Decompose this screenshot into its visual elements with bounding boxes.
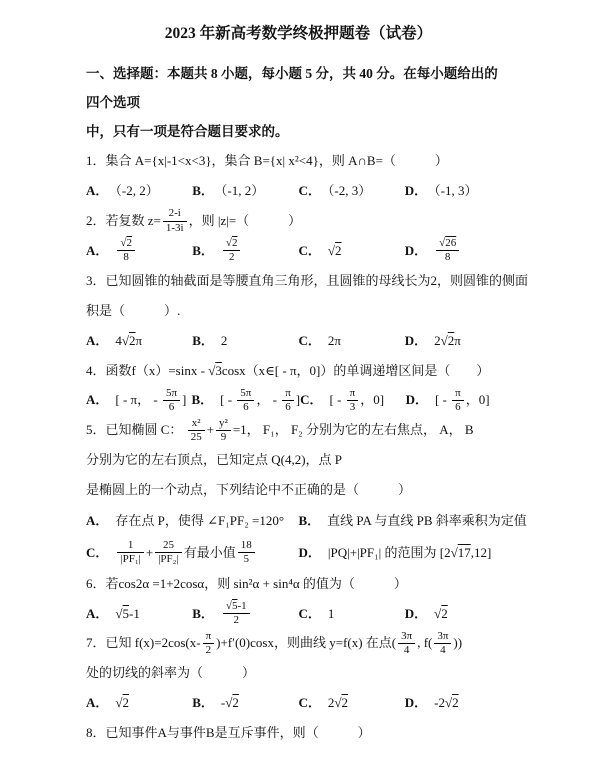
option-c: C．1	[299, 599, 405, 629]
option-a: A．（-2, 2）	[86, 176, 192, 206]
stem-text: 已知椭圆 C：	[106, 422, 186, 437]
fraction: √28	[117, 237, 135, 264]
fraction-numerator: y²	[216, 417, 231, 431]
option-a: A．4√2π	[86, 326, 192, 356]
fraction: π6	[452, 387, 464, 414]
fraction-numerator: √26	[436, 237, 459, 251]
stem-text: ))	[453, 635, 462, 650]
option-label: D．	[405, 606, 427, 621]
option-c: C．（-2, 3）	[299, 176, 405, 206]
fraction-numerator: π	[203, 630, 215, 644]
section-header-line1: 一、选择题：本题共 8 小题，每小题 5 分，共 40 分。在每小题给出的四个选…	[86, 59, 511, 117]
radical-icon: √	[451, 545, 458, 560]
fraction: y²9	[216, 417, 231, 444]
section-header-line2: 中，只有一项是符合题目要求的。	[86, 117, 511, 146]
option-label: C．	[86, 545, 108, 560]
fraction: x²25	[188, 417, 205, 444]
option-text: 有最小值	[184, 545, 236, 560]
stem-text: 函数f（x）=sinx -	[106, 363, 209, 378]
stem-text: =1， F₁， F₂ 分别为它的左右焦点， A， B	[233, 422, 474, 437]
fraction-denominator: 2	[203, 644, 215, 657]
fraction-numerator: √5-1	[223, 600, 250, 614]
fraction-numerator: 18	[238, 539, 255, 553]
fraction-denominator: 8	[436, 251, 459, 264]
fraction-numerator: 5π	[237, 387, 254, 401]
fraction-numerator: √2	[223, 237, 241, 251]
exam-page: 2023 年新高考数学终极押题卷（试卷） 一、选择题：本题共 8 小题，每小题 …	[0, 0, 597, 776]
option-label: A．	[86, 243, 108, 258]
fraction-denominator: 5	[238, 553, 255, 566]
question-5-stem-line3: 是椭圆上的一个动点，下列结论中不正确的是（ ）	[86, 475, 511, 505]
stem-text: 是椭圆上的一个动点，下列结论中不正确的是（ ）	[86, 482, 411, 497]
question-4-stem: 4．函数f（x）=sinx - √3cosx（x∈[ - π，0]）的单调递增区…	[86, 356, 511, 386]
fraction-denominator: 4	[434, 644, 451, 657]
question-6-stem: 6．若cos2α =1+2cosα，则 sin²α + sin⁴α 的值为（ ）	[86, 569, 511, 599]
option-b: B．2	[192, 326, 298, 356]
sqrt-expression: √2	[445, 695, 459, 710]
question-7-stem-line1: 7．已知 f(x)=2cos(x-π2)+f′(0)cosx，则曲线 y=f(x…	[86, 628, 511, 658]
question-3-options: A．4√2π B．2 C．2π D．2√2π	[86, 326, 511, 356]
option-text: [ -	[220, 392, 235, 407]
option-a: A．[ - π， - 5π6]	[86, 385, 191, 415]
fraction: 3π4	[434, 630, 451, 657]
question-number: 8．	[86, 725, 106, 740]
option-text: （-1, 3）	[434, 183, 477, 198]
option-c: C．1|PF₁|+25|PF₂|有最小值185	[86, 537, 299, 569]
fraction-denominator: |PF₁|	[117, 553, 143, 566]
fraction: √268	[436, 237, 459, 264]
stem-text: 积是（ ）.	[86, 303, 180, 318]
option-text: |PQ|+|PF₁| 的范围为 [2	[328, 545, 451, 560]
option-label: C．	[299, 606, 321, 621]
option-text: [ - π， -	[115, 392, 161, 407]
question-5-options-row1: A．存在点 P，使得 ∠F₁PF₂ =120° B．直线 PA 与直线 PB 斜…	[86, 505, 511, 537]
option-label: D．	[405, 243, 427, 258]
question-5-options-row2: C．1|PF₁|+25|PF₂|有最小值185 D．|PQ|+|PF₁| 的范围…	[86, 537, 511, 569]
question-number: 7．	[86, 635, 106, 650]
radicand: 2	[123, 695, 130, 710]
fraction-numerator: 25	[155, 539, 181, 553]
radicand: 2	[441, 606, 448, 621]
option-label: C．	[299, 243, 321, 258]
question-6-options: A．√5-1 B．√5-12 C．1 D．√2	[86, 599, 511, 629]
option-label: D．	[405, 695, 427, 710]
option-d: D．√268	[405, 236, 511, 266]
question-1-options: A．（-2, 2） B．（-1, 2） C．（-2, 3） D．（-1, 3）	[86, 176, 511, 206]
radical-icon: √	[334, 695, 341, 710]
question-5-stem-line2: 分别为它的左右顶点，已知定点 Q(4,2)，点 P	[86, 445, 511, 475]
page-title: 2023 年新高考数学终极押题卷（试卷）	[86, 22, 511, 45]
option-label: B．	[192, 606, 214, 621]
fraction-denominator: 2	[223, 251, 241, 264]
option-c: C．2√2	[299, 688, 405, 718]
option-text: （-2, 2）	[115, 183, 158, 198]
question-2-options: A．√28 B．√22 C．√2 D．√268	[86, 236, 511, 266]
option-a: A．√5-1	[86, 599, 192, 629]
fraction: 5π6	[163, 387, 180, 414]
fraction: π2	[203, 630, 215, 657]
fraction-denominator: 3	[347, 401, 359, 414]
question-5-stem-line1: 5．已知椭圆 C： x²25+y²9=1， F₁， F₂ 分别为它的左右焦点， …	[86, 415, 511, 445]
fraction: π3	[347, 387, 359, 414]
option-text: 2π	[328, 333, 341, 348]
fraction-numerator: π	[452, 387, 464, 401]
stem-text: , f(	[417, 635, 432, 650]
option-a: A．存在点 P，使得 ∠F₁PF₂ =120°	[86, 505, 299, 537]
option-text: π	[136, 333, 143, 348]
fraction: 3π4	[398, 630, 415, 657]
option-c: C．√2	[299, 236, 405, 266]
fraction: 5π6	[237, 387, 254, 414]
option-label: B．	[192, 695, 214, 710]
radical-icon: √	[328, 243, 335, 258]
fraction-numerator: π	[282, 387, 294, 401]
option-label: C．	[299, 695, 321, 710]
option-d: D．√2	[405, 599, 511, 629]
option-text: 直线 PA 与直线 PB 斜率乘积为定值	[327, 513, 527, 528]
sqrt-expression: √2	[122, 333, 136, 348]
radicand: 2	[232, 237, 238, 249]
option-b: B．-√2	[192, 688, 298, 718]
option-a: A．√28	[86, 236, 192, 266]
option-label: C．	[299, 183, 321, 198]
fraction: 1|PF₁|	[117, 539, 143, 566]
fraction-denominator: 2	[223, 614, 250, 627]
sqrt-expression: √5	[115, 606, 129, 621]
option-b: B．（-1, 2）	[192, 176, 298, 206]
sqrt-expression: √3	[208, 363, 222, 378]
option-a: A．√2	[86, 688, 192, 718]
question-number: 5．	[86, 422, 106, 437]
option-label: B．	[192, 183, 214, 198]
question-8-stem: 8．已知事件A与事件B是互斥事件，则（ ）	[86, 718, 511, 748]
option-d: D．2√2π	[405, 326, 511, 356]
numerator-text: -1	[237, 600, 246, 612]
option-text: π	[454, 333, 461, 348]
option-d: D．-2√2	[405, 688, 511, 718]
option-label: C．	[299, 333, 321, 348]
option-text: 存在点 P，使得 ∠F₁PF₂ =120°	[115, 513, 284, 528]
fraction-numerator: √2	[117, 237, 135, 251]
option-d: D．|PQ|+|PF₁| 的范围为 [2√17,12]	[299, 537, 512, 569]
fraction-numerator: 3π	[398, 630, 415, 644]
radicand: 2	[452, 695, 459, 710]
stem-text: 若cos2α =1+2cosα，则 sin²α + sin⁴α 的值为（ ）	[106, 576, 407, 591]
radicand: 26	[445, 237, 456, 249]
option-text: [ -	[330, 392, 345, 407]
fraction: 185	[238, 539, 255, 566]
option-text: （-1, 2）	[221, 183, 264, 198]
fraction-denominator: 6	[282, 401, 294, 414]
sqrt-expression: √17	[451, 545, 471, 560]
fraction-denominator: 6	[452, 401, 464, 414]
radicand: 2	[232, 695, 239, 710]
option-label: B．	[192, 243, 214, 258]
radicand: 2	[342, 695, 349, 710]
option-label: A．	[86, 183, 108, 198]
option-b: B．[ - 5π6， - π6]	[191, 385, 300, 415]
option-d: D．[ - π6，0]	[406, 385, 511, 415]
option-text: ，0]	[466, 392, 490, 407]
stem-text: 若复数 z=	[106, 213, 161, 228]
stem-text: 已知事件A与事件B是互斥事件，则（ ）	[106, 725, 371, 740]
fraction-denominator: 1-3i	[163, 222, 187, 235]
stem-text: 集合 A={x|-1<x<3}，集合 B={x| x²<4}，则 A∩B=（ ）	[106, 153, 448, 168]
option-text: ，0]	[360, 392, 384, 407]
radicand: 2	[335, 243, 342, 258]
fraction-numerator: 3π	[434, 630, 451, 644]
question-number: 3．	[86, 273, 106, 288]
stem-text: 已知 f(x)=2cos(x-	[106, 635, 201, 650]
stem-text: cosx（x∈[ - π，0]）的单调递增区间是（ ）	[222, 363, 490, 378]
sqrt-expression: √2	[115, 695, 129, 710]
stem-text: 分别为它的左右顶点，已知定点 Q(4,2)，点 P	[86, 452, 342, 467]
option-b: B．直线 PA 与直线 PB 斜率乘积为定值	[299, 505, 512, 537]
radical-icon: √	[115, 606, 122, 621]
option-label: D．	[405, 183, 427, 198]
option-label: A．	[86, 513, 108, 528]
option-b: B．√5-12	[192, 599, 298, 629]
question-7-options: A．√2 B．-√2 C．2√2 D．-2√2	[86, 688, 511, 718]
question-3-stem-line1: 3．已知圆锥的轴截面是等腰直角三角形，且圆锥的母线长为2，则圆锥的侧面	[86, 266, 511, 296]
option-label: B．	[191, 392, 213, 407]
fraction: √22	[223, 237, 241, 264]
fraction-denominator: 8	[117, 251, 135, 264]
option-b: B．√22	[192, 236, 298, 266]
question-number: 4．	[86, 363, 106, 378]
fraction: 25|PF₂|	[155, 539, 181, 566]
option-text: -2	[434, 695, 445, 710]
fraction: √5-12	[223, 600, 250, 627]
radicand: 17	[458, 545, 471, 560]
option-text: +	[146, 545, 153, 560]
sqrt-expression: √2	[441, 333, 455, 348]
question-1-stem: 1．集合 A={x|-1<x<3}，集合 B={x| x²<4}，则 A∩B=（…	[86, 146, 511, 176]
fraction-numerator: 1	[117, 539, 143, 553]
question-3-stem-line2: 积是（ ）.	[86, 296, 511, 326]
stem-text: 已知圆锥的轴截面是等腰直角三角形，且圆锥的母线长为2，则圆锥的侧面	[106, 273, 529, 288]
stem-text: )+f′(0)cosx，则曲线 y=f(x) 在点(	[216, 635, 396, 650]
option-text: -1	[129, 606, 140, 621]
fraction-denominator: 9	[216, 431, 231, 444]
option-text: （-2, 3）	[328, 183, 371, 198]
radicand: 2	[126, 237, 132, 249]
fraction-denominator: 6	[237, 401, 254, 414]
question-2-stem: 2．若复数 z=2-i1-3i，则 |z|=（ ）	[86, 206, 511, 236]
option-d: D．（-1, 3）	[405, 176, 511, 206]
option-label: B．	[299, 513, 321, 528]
option-c: C．[ - π3，0]	[300, 385, 405, 415]
option-text: 2	[221, 333, 228, 348]
option-text: [ -	[435, 392, 450, 407]
option-label: D．	[406, 392, 428, 407]
option-text: ,12]	[471, 545, 492, 560]
radical-icon: √	[441, 333, 448, 348]
sqrt-expression: √2	[334, 695, 348, 710]
question-number: 6．	[86, 576, 106, 591]
option-label: C．	[300, 392, 322, 407]
option-text: 1	[328, 606, 335, 621]
sqrt-expression: √2	[225, 695, 239, 710]
question-7-stem-line2: 处的切线的斜率为（ ）	[86, 658, 511, 688]
sqrt-expression: √2	[328, 243, 342, 258]
fraction-denominator: 4	[398, 644, 415, 657]
fraction-denominator: 25	[188, 431, 205, 444]
fraction-denominator: 6	[163, 401, 180, 414]
option-c: C．2π	[299, 326, 405, 356]
fraction-numerator: π	[347, 387, 359, 401]
option-label: A．	[86, 333, 108, 348]
option-label: A．	[86, 392, 108, 407]
fraction-numerator: 2-i	[163, 207, 187, 221]
option-label: B．	[192, 333, 214, 348]
question-4-options: A．[ - π， - 5π6] B．[ - 5π6， - π6] C．[ - π…	[86, 385, 511, 415]
question-number: 1．	[86, 153, 106, 168]
stem-text: +	[207, 422, 214, 437]
fraction-numerator: 5π	[163, 387, 180, 401]
sqrt-expression: √2	[434, 606, 448, 621]
stem-text: ，则 |z|=（ ）	[189, 213, 302, 228]
option-text: ， -	[256, 392, 280, 407]
fraction: π6	[282, 387, 294, 414]
fraction-denominator: |PF₂|	[155, 553, 181, 566]
option-label: D．	[405, 333, 427, 348]
fraction-numerator: x²	[188, 417, 205, 431]
option-text: ]	[182, 392, 186, 407]
option-label: D．	[299, 545, 321, 560]
radical-icon: √	[122, 333, 129, 348]
question-number: 2．	[86, 213, 106, 228]
option-label: A．	[86, 695, 108, 710]
stem-text: 处的切线的斜率为（ ）	[86, 665, 255, 680]
radical-icon: √	[115, 695, 122, 710]
option-label: A．	[86, 606, 108, 621]
fraction: 2-i1-3i	[163, 207, 187, 234]
